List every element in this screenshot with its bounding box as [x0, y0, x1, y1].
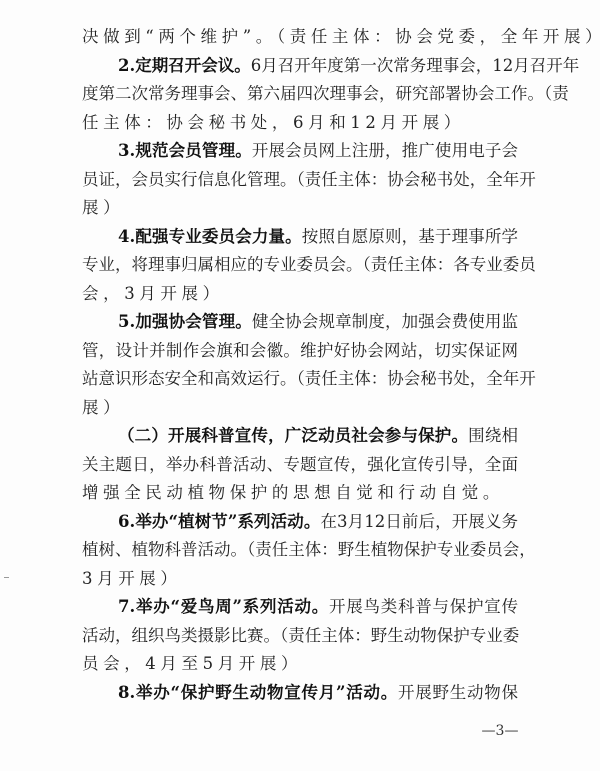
text-line: 植树、植物科普活动。（责任主体：野生植物保护专业委员会，: [82, 538, 518, 562]
text-line: 站意识形态安全和高效运行。（责任主体：协会秘书处，全年开: [82, 367, 518, 391]
list-item-heading: 5.加强协会管理。健全协会规章制度，加强会费使用监: [118, 310, 518, 334]
text-line: 关主题日，举办科普活动、专题宣传，强化宣传引导，全面: [82, 453, 518, 477]
list-item-heading: 2.定期召开会议。6月召开年度第一次常务理事会，12月召开年: [118, 54, 518, 78]
text-line: 3月开展）: [82, 567, 518, 591]
text-line: 增强全民动植物保护的思想自觉和行动自觉。: [82, 481, 518, 505]
page-number: —3—: [478, 721, 522, 741]
list-item-heading: 4.配强专业委员会力量。按照自愿原则，基于理事所学: [118, 225, 518, 249]
list-item-heading: 8.举办“保护野生动物宣传月”活动。开展野生动物保: [118, 681, 518, 705]
document-page: 决做到“两个维护”。（责任主体：协会党委，全年开展） 2.定期召开会议。6月召开…: [0, 0, 600, 771]
text-line: 员会，4月至5月开展）: [82, 652, 518, 676]
list-item-heading: 7.举办“爱鸟周”系列活动。开展鸟类科普与保护宣传: [118, 595, 518, 619]
text-line: 任主体：协会秘书处，6月和12月开展）: [82, 111, 518, 135]
list-item-heading: 6.举办“植树节”系列活动。在3月12日前后，开展义务: [118, 510, 518, 534]
list-item-heading: 3.规范会员管理。开展会员网上注册，推广使用电子会: [118, 139, 518, 163]
text-line: 活动，组织鸟类摄影比赛。（责任主体：野生动物保护专业委: [82, 624, 518, 648]
text-line: 专业，将理事归属相应的专业委员会。（责任主体：各专业委员: [82, 253, 518, 277]
text-line: 员证，会员实行信息化管理。（责任主体：协会秘书处，全年开: [82, 168, 518, 192]
section-heading: （二）开展科普宣传，广泛动员社会参与保护。围绕相: [118, 424, 518, 448]
text-line: 决做到“两个维护”。（责任主体：协会党委，全年开展）: [82, 25, 518, 49]
text-line: 会，3月开展）: [82, 282, 518, 306]
text-line: 展）: [82, 196, 518, 220]
scan-mark: [4, 577, 9, 578]
text-line: 展）: [82, 396, 518, 420]
text-line: 度第二次常务理事会、第六届四次理事会，研究部署协会工作。（责: [82, 82, 518, 106]
text-line: 管，设计并制作会旗和会徽。维护好协会网站，切实保证网: [82, 339, 518, 363]
